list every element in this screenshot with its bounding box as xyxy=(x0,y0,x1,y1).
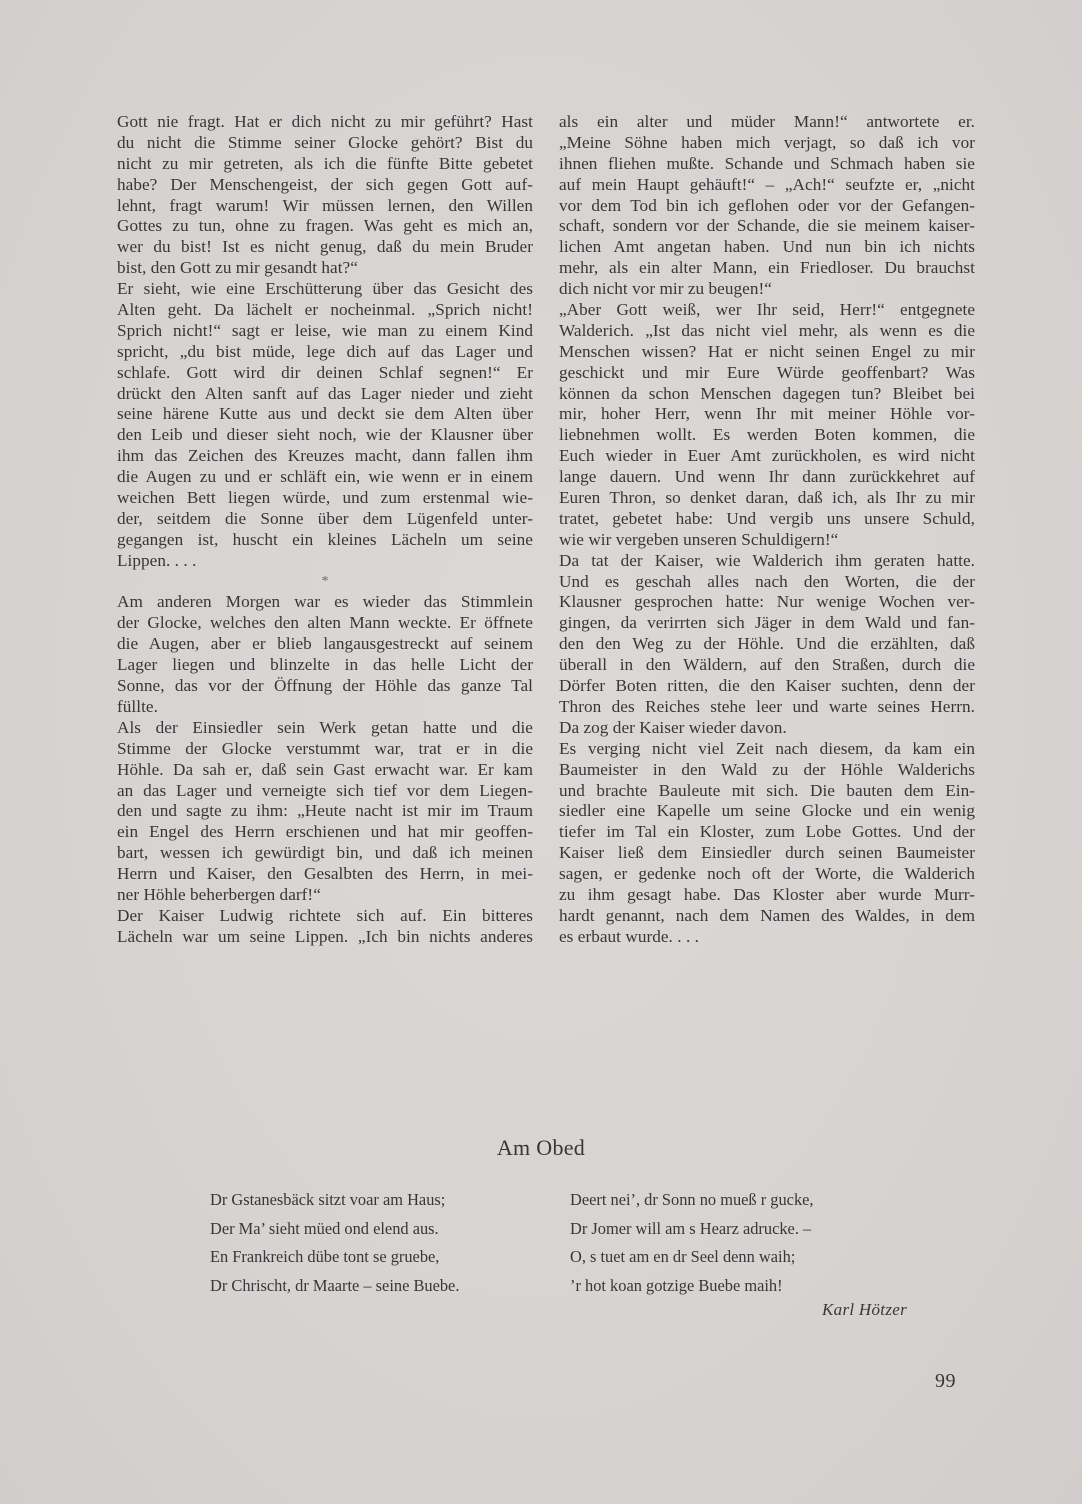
text-line: spricht, „du bist müde, lege dich auf da… xyxy=(117,342,533,363)
text-line: lichen Amt angetan haben. Und nun bin ic… xyxy=(559,237,975,258)
text-line: die Augen, aber er blieb langausgestreck… xyxy=(117,634,533,655)
text-line: geschickt und mir Eure Würde geoffenbart… xyxy=(559,363,975,384)
text-line: Euren Thron, so denket daran, daß ich, a… xyxy=(559,488,975,509)
text-line: Gottes zu tun, ohne zu fragen. Was geht … xyxy=(117,216,533,237)
page-number: 99 xyxy=(935,1370,956,1393)
text-line: Und es geschah alles nach den Worten, di… xyxy=(559,572,975,593)
poem-verse: Der Ma’ sieht müed ond elend aus. xyxy=(210,1215,459,1244)
text-line: dich nicht vor mir zu beugen!“ xyxy=(559,279,975,300)
text-line: drückt den Alten sanft auf das Lager nie… xyxy=(117,384,533,405)
text-line: überall in den Wäldern, auf den Straßen,… xyxy=(559,655,975,676)
text-line: können da schon Menschen dagegen tun? Bl… xyxy=(559,384,975,405)
text-line: es erbaut wurde. . . . xyxy=(559,927,975,948)
text-line: Höhle. Da sah er, daß sein Gast erwacht … xyxy=(117,760,533,781)
text-line: Sonne, das vor der Öffnung der Höhle das… xyxy=(117,676,533,697)
text-line: den den Weg zu der Höhle. Und die erzähl… xyxy=(559,634,975,655)
text-line: bart, wessen ich gewürdigt bin, und daß … xyxy=(117,843,533,864)
poem-verse: En Frankreich dübe tont se gruebe, xyxy=(210,1243,459,1272)
poem-verse: O, s tuet am en dr Seel denn waih; xyxy=(570,1243,814,1272)
text-line: „Meine Söhne haben mich verjagt, so daß … xyxy=(559,133,975,154)
left-text-column: Gott nie fragt. Hat er dich nicht zu mir… xyxy=(117,112,533,948)
text-line: habe? Der Menschengeist, der sich gegen … xyxy=(117,175,533,196)
text-line: Menschen wissen? Hat er nicht seinen Eng… xyxy=(559,342,975,363)
right-text-column: als ein alter und müder Mann!“ antwortet… xyxy=(559,112,975,948)
text-line: ihnen fliehen mußte. Schande und Schmach… xyxy=(559,154,975,175)
text-line: als ein alter und müder Mann!“ antwortet… xyxy=(559,112,975,133)
text-line: wer du bist! Ist es nicht genug, daß du … xyxy=(117,237,533,258)
text-line: und brachte Bauleute mit sich. Die baute… xyxy=(559,781,975,802)
text-line: die Augen zu und er schläft ein, wie wen… xyxy=(117,467,533,488)
text-line: zu ihm gesagt habe. Das Kloster aber wur… xyxy=(559,885,975,906)
text-line: mir, hoher Herr, wenn Ihr mit meiner Höh… xyxy=(559,404,975,425)
text-line: ein Engel des Herrn erschienen und hat m… xyxy=(117,822,533,843)
text-line: Herrn und Kaiser, den Gesalbten des Herr… xyxy=(117,864,533,885)
text-line: Kaiser ließ dem Einsiedler durch seinen … xyxy=(559,843,975,864)
text-line: den Leib und dieser sieht noch, wie der … xyxy=(117,425,533,446)
text-line: siedler eine Kapelle um seine Glocke und… xyxy=(559,801,975,822)
text-line: sagen, er gedenke noch oft der Worte, di… xyxy=(559,864,975,885)
text-line: ner Höhle beherbergen darf!“ xyxy=(117,885,533,906)
poem-verse: Dr Chrischt, dr Maarte – seine Buebe. xyxy=(210,1272,459,1301)
text-line: der Glocke, welches den alten Mann weckt… xyxy=(117,613,533,634)
text-line: Euch wieder in Euer Amt zurückholen, es … xyxy=(559,446,975,467)
text-line: tiefer im Tal ein Kloster, zum Lobe Gott… xyxy=(559,822,975,843)
poem-verse: Dr Jomer will am s Hearz adrucke. – xyxy=(570,1215,814,1244)
text-line: der, seitdem die Sonne über dem Lügenfel… xyxy=(117,509,533,530)
section-separator-asterisk: * xyxy=(117,572,533,593)
text-line: füllte. xyxy=(117,697,533,718)
text-line: Stimme der Glocke verstummt war, trat er… xyxy=(117,739,533,760)
text-line: Baumeister in den Wald zu der Höhle Wald… xyxy=(559,760,975,781)
text-line: lange dauern. Und wenn Ihr dann zurückke… xyxy=(559,467,975,488)
text-line: Da tat der Kaiser, wie Walderich ihm ger… xyxy=(559,551,975,572)
text-line: Es verging nicht viel Zeit nach diesem, … xyxy=(559,739,975,760)
text-line: schlafe. Gott wird dir deinen Schlaf seg… xyxy=(117,363,533,384)
text-line: seine härene Kutte aus und deckt sie dem… xyxy=(117,404,533,425)
text-line: Gott nie fragt. Hat er dich nicht zu mir… xyxy=(117,112,533,133)
text-line: weichen Bett liegen würde, und zum erste… xyxy=(117,488,533,509)
text-line: gingen, da verirrten sich Jäger in dem W… xyxy=(559,613,975,634)
poem-author: Karl Hötzer xyxy=(822,1300,907,1320)
text-line: an das Lager und verneigte sich tief vor… xyxy=(117,781,533,802)
text-line: Am anderen Morgen war es wieder das Stim… xyxy=(117,592,533,613)
text-line: Lippen. . . . xyxy=(117,551,533,572)
text-line: Lächeln war um seine Lippen. „Ich bin ni… xyxy=(117,927,533,948)
text-line: Der Kaiser Ludwig richtete sich auf. Ein… xyxy=(117,906,533,927)
text-line: „Aber Gott weiß, wer Ihr seid, Herr!“ en… xyxy=(559,300,975,321)
text-line: Dörfer Boten ritten, die den Kaiser such… xyxy=(559,676,975,697)
text-line: Sprich nicht!“ sagt er leise, wie man zu… xyxy=(117,321,533,342)
text-line: hardt genannt, nach dem Namen des Waldes… xyxy=(559,906,975,927)
text-line: gegangen ist, huscht ein kleines Lächeln… xyxy=(117,530,533,551)
text-line: Klausner gesprochen hatte: Nur wenige Wo… xyxy=(559,592,975,613)
text-line: Er sieht, wie eine Erschütterung über da… xyxy=(117,279,533,300)
text-line: den und sagte zu ihm: „Heute nacht ist m… xyxy=(117,801,533,822)
poem-verse: ’r hot koan gotzige Buebe maih! xyxy=(570,1272,814,1301)
text-line: bist, den Gott zu mir gesandt hat?“ xyxy=(117,258,533,279)
text-line: wie wir vergeben unseren Schuldigern!“ xyxy=(559,530,975,551)
text-line: Als der Einsiedler sein Werk getan hatte… xyxy=(117,718,533,739)
text-line: liebnehmen wollt. Es werden Boten kommen… xyxy=(559,425,975,446)
text-line: Thron des Reiches stehe leer und warte s… xyxy=(559,697,975,718)
text-line: Walderich. „Ist das nicht viel mehr, als… xyxy=(559,321,975,342)
text-line: Lager liegen und blinzelte in das helle … xyxy=(117,655,533,676)
text-line: lehnt, fragt warum! Wir müssen lernen, d… xyxy=(117,196,533,217)
text-line: Da zog der Kaiser wieder davon. xyxy=(559,718,975,739)
text-line: ihm das Zeichen des Kreuzes macht, dann … xyxy=(117,446,533,467)
text-line: auf mein Haupt gehäuft!“ – „Ach!“ seufzt… xyxy=(559,175,975,196)
text-line: tratet, gebetet habe: Und vergib uns uns… xyxy=(559,509,975,530)
text-line: nicht zu mir getreten, als ich die fünft… xyxy=(117,154,533,175)
book-page: Gott nie fragt. Hat er dich nicht zu mir… xyxy=(0,0,1082,1504)
text-line: vor dem Tod bin ich geflohen oder vor de… xyxy=(559,196,975,217)
text-line: schaft, sondern vor der Schande, die sie… xyxy=(559,216,975,237)
poem-verse: Deert nei’, dr Sonn no mueß r gucke, xyxy=(570,1186,814,1215)
poem-title: Am Obed xyxy=(0,1135,1082,1161)
poem-verse: Dr Gstanesbäck sitzt voar am Haus; xyxy=(210,1186,459,1215)
poem-stanza-right: Deert nei’, dr Sonn no mueß r gucke, Dr … xyxy=(570,1186,814,1300)
text-line: du nicht die Stimme seiner Glocke gehört… xyxy=(117,133,533,154)
poem-stanza-left: Dr Gstanesbäck sitzt voar am Haus; Der M… xyxy=(210,1186,459,1300)
text-line: Alten geht. Da lächelt er nocheinmal. „S… xyxy=(117,300,533,321)
text-line: mehr, als ein alter Mann, ein Friedloser… xyxy=(559,258,975,279)
